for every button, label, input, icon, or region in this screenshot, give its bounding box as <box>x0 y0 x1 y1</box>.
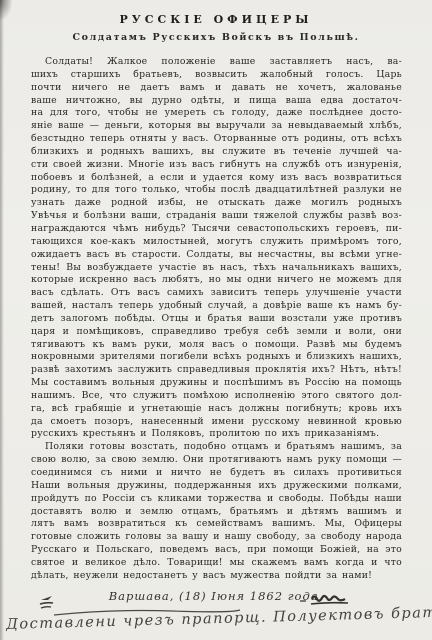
text-line: вашей, насталъ теперь удобный случай, а … <box>31 300 402 313</box>
text-line: Наши вольныя дружины, поддержанныя ихъ д… <box>31 480 402 493</box>
text-line: васъ сдѣлать. Отъ васъ самихъ зависитъ т… <box>31 287 402 300</box>
page-subtitle: Солдатамъ Русскихъ Войскъ въ Польшѣ. <box>0 32 432 43</box>
text-line: свою волю, за свою землю. Они протягиваю… <box>31 454 402 467</box>
text-line: ожидаетъ васъ въ старости. Солдаты, вы н… <box>31 249 402 262</box>
text-line: побоевъ и болѣзней, а если и удается ком… <box>31 172 402 185</box>
text-line: лятъ вамъ возвратиться къ семействамъ ва… <box>31 518 402 531</box>
text-line: шихъ старшихъ братьевъ, возвысить жалобн… <box>31 69 402 82</box>
text-line: царя и помѣщиковъ, справедливо требуя се… <box>31 326 402 339</box>
handwritten-note: Доставлени чрезъ прапорщ. Полуектовъ бра… <box>6 605 430 633</box>
text-line: на для того, чтобы не умереть съ голоду,… <box>31 107 402 120</box>
paragraph-2: Поляки готовы возстать, подобно отцамъ и… <box>31 441 402 582</box>
paragraph-1: Солдаты! Жалкое положеніе ваше заставляе… <box>31 56 402 441</box>
text-line: Мы составимъ вольныя дружины и поспѣшимъ… <box>31 377 402 390</box>
text-line: Поляки готовы возстать, подобно отцамъ и… <box>31 441 402 454</box>
text-line: почти ничего не даетъ вамъ и давать не х… <box>31 82 402 95</box>
text-line: Русскаго и Польскаго, поведемъ васъ, при… <box>31 544 402 557</box>
text-line: дѣлать, неужели недостанетъ у васъ мужес… <box>31 570 402 583</box>
text-line: нокровными зрителями погибели всѣхъ родн… <box>31 351 402 364</box>
text-line: готовые сложить головы за вашу и нашу св… <box>31 531 402 544</box>
text-line: яніе ваше — деньги, которыя вы выручали … <box>31 120 402 133</box>
text-line: детъ залогомъ побѣды. Отцы и братья ваши… <box>31 313 402 326</box>
text-line: ваше ничтожно, вы дурно одѣты, и пища ва… <box>31 95 402 108</box>
dateline: Варшава, (18) Іюня 1862 года. <box>0 589 432 603</box>
body-text: Солдаты! Жалкое положеніе ваше заставляе… <box>31 56 402 583</box>
text-line: узнать даже родной избы, не отыскать даж… <box>31 197 402 210</box>
text-line: га, всѣ грабящіе и угнетающіе насъ должн… <box>31 403 402 416</box>
page-title: РУССКІЕ ОФИЦЕРЫ <box>0 13 432 26</box>
text-line: которые искренно васъ любятъ, но мы одни… <box>31 274 402 287</box>
text-line: родину, то для того только, чтобы послѣ … <box>31 184 402 197</box>
text-line: Увѣчья и болѣзни ваши, страданія ваши тя… <box>31 210 402 223</box>
text-line: сти своей жизни. Многіе изъ васъ гибнутъ… <box>31 159 402 172</box>
scanned-document-page: РУССКІЕ ОФИЦЕРЫ Солдатамъ Русскихъ Войск… <box>0 0 432 640</box>
text-line: тающихся кое-какъ милостыней, могутъ слу… <box>31 236 402 249</box>
text-line: доставятъ волю и землю отцамъ, братьямъ … <box>31 506 402 519</box>
text-line: Солдаты! Жалкое положеніе ваше заставляе… <box>31 56 402 69</box>
text-line: тены! Вы возбуждаете участіе въ насъ, тѣ… <box>31 262 402 275</box>
text-line: да смоетъ позоръ, нанесенный имени русск… <box>31 416 402 429</box>
text-line: близкихъ и родныхъ вашихъ, вы служите въ… <box>31 146 402 159</box>
text-line: святое и великое дѣло. Товарищи! мы скаж… <box>31 557 402 570</box>
text-line: соединимся съ ними и ничто не будетъ въ … <box>31 467 402 480</box>
document-body: РУССКІЕ ОФИЦЕРЫ Солдатамъ Русскихъ Войск… <box>0 0 432 583</box>
text-line: пройдутъ по Россіи съ кликами торжества … <box>31 493 402 506</box>
text-line: развѣ захотимъ заслужить справедливыя пр… <box>31 364 402 377</box>
text-line: награждаются чѣмъ нибудь? Тысячи севасто… <box>31 223 402 236</box>
text-line: нашимъ. Все, что служитъ помѣхою исполне… <box>31 390 402 403</box>
text-line: тягиваютъ къ вамъ руки, моля васъ о помо… <box>31 339 402 352</box>
text-line: безстыдно теперь отняты у васъ. Оторванн… <box>31 133 402 146</box>
text-line: русскихъ крестьянъ и Поляковъ, пролитою … <box>31 428 402 441</box>
